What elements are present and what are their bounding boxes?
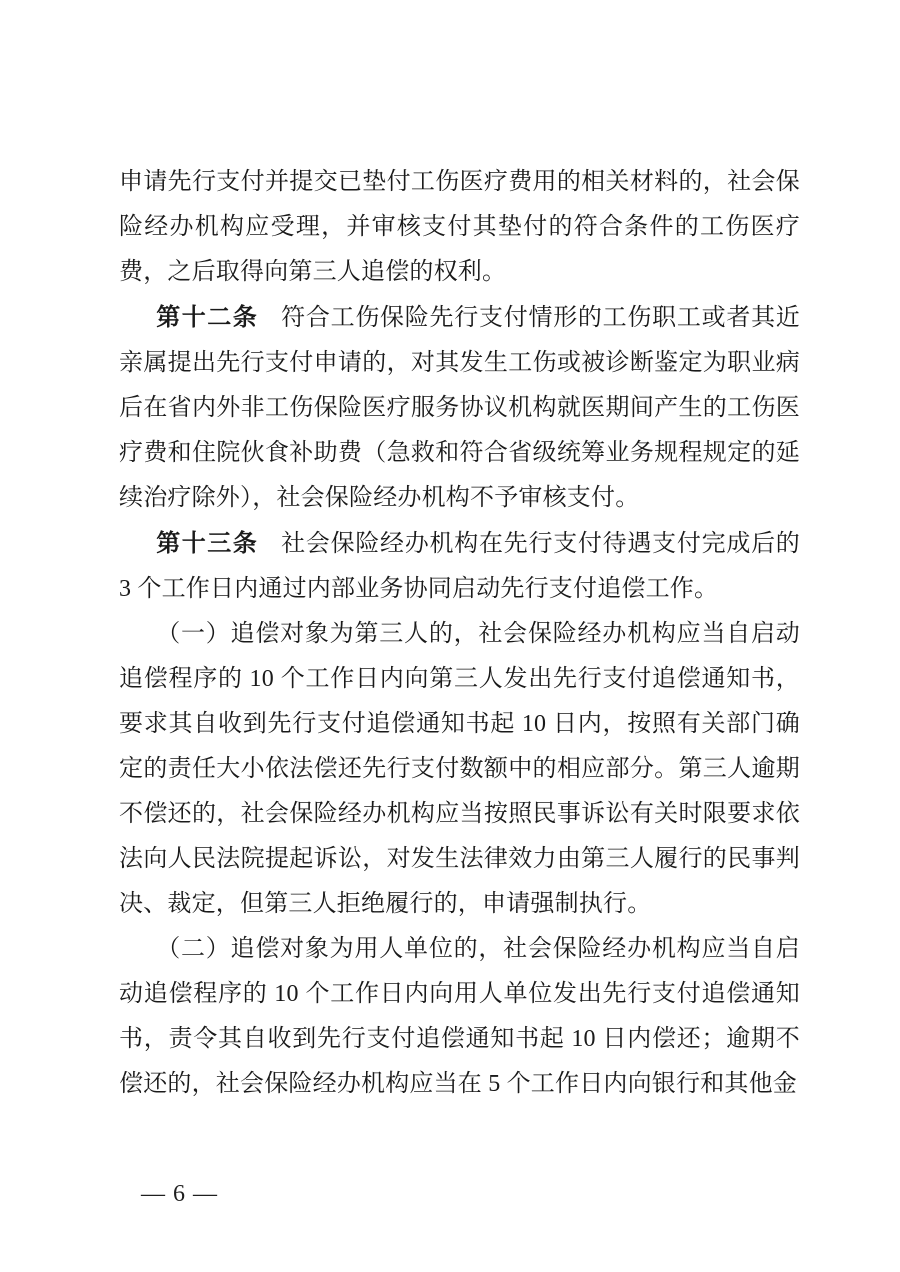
- item-2-text: （二）追偿对象为用人单位的，社会保险经办机构应当自启动追偿程序的 10 个工作日…: [119, 936, 800, 1097]
- document-body: 申请先行支付并提交已垫付工伤医疗费用的相关材料的，社会保险经办机构应受理，并审核…: [119, 160, 800, 1107]
- paragraph-item-2: （二）追偿对象为用人单位的，社会保险经办机构应当自启动追偿程序的 10 个工作日…: [119, 927, 800, 1107]
- page-footer: — 6 —: [141, 1176, 218, 1212]
- paragraph-article-13: 第十三条社会保险经办机构在先行支付待遇支付完成后的 3 个工作日内通过内部业务协…: [119, 521, 800, 612]
- paragraph-continuation-text: 申请先行支付并提交已垫付工伤医疗费用的相关材料的，社会保险经办机构应受理，并审核…: [119, 169, 800, 285]
- item-1-text: （一）追偿对象为第三人的，社会保险经办机构应当自启动追偿程序的 10 个工作日内…: [119, 621, 800, 917]
- paragraph-article-12: 第十二条符合工伤保险先行支付情形的工伤职工或者其近亲属提出先行支付申请的，对其发…: [119, 295, 800, 521]
- paragraph-continuation: 申请先行支付并提交已垫付工伤医疗费用的相关材料的，社会保险经办机构应受理，并审核…: [119, 160, 800, 295]
- document-page: 申请先行支付并提交已垫付工伤医疗费用的相关材料的，社会保险经办机构应受理，并审核…: [0, 0, 900, 1272]
- article-12-text: 符合工伤保险先行支付情形的工伤职工或者其近亲属提出先行支付申请的，对其发生工伤或…: [119, 305, 800, 511]
- article-12-heading: 第十二条: [156, 304, 258, 331]
- paragraph-item-1: （一）追偿对象为第三人的，社会保险经办机构应当自启动追偿程序的 10 个工作日内…: [119, 612, 800, 927]
- article-13-heading: 第十三条: [156, 530, 258, 557]
- page-number-label: — 6 —: [141, 1181, 218, 1207]
